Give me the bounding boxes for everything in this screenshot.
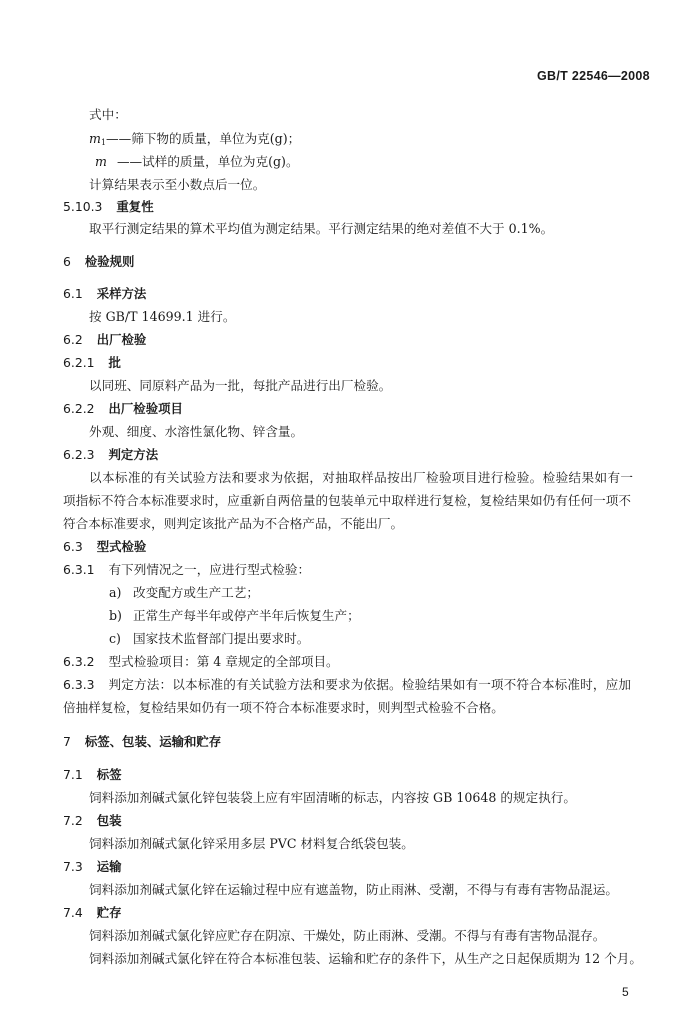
formula-legend-item: m——试样的质量，单位为克(g)。: [95, 153, 299, 171]
section-body-6-2-3-line: 项指标不符合本标准要求时，应重新自两倍量的包装单元中取样进行复检，复检结果如仍有…: [63, 492, 631, 510]
standard-number: GB/T 22546—2008: [537, 69, 650, 83]
section-heading-6-1: 6.1采样方法: [63, 285, 146, 303]
precision-note: 计算结果表示至小数点后一位。: [89, 176, 265, 194]
section-6-3-1: 6.3.1有下列情况之一，应进行型式检验：: [63, 561, 310, 579]
section-heading-6-2-3: 6.2.3判定方法: [63, 446, 158, 464]
section-text: 有下列情况之一，应进行型式检验：: [109, 562, 311, 577]
chapter-heading-6: 6检验规则: [63, 253, 134, 271]
section-text: 型式检验项目：第 4 章规定的全部项目。: [109, 654, 339, 669]
section-body-5-10-3: 取平行测定结果的算术平均值为测定结果。平行测定结果的绝对差值不大于 0.1%。: [89, 220, 553, 238]
section-body-7-1: 饲料添加剂碱式氯化锌包装袋上应有牢固清晰的标志，内容按 GB 10648 的规定…: [89, 789, 576, 807]
section-number: 6.3.3: [63, 676, 95, 694]
legend-dash: ——: [106, 131, 131, 146]
section-number: 6.3.2: [63, 654, 95, 669]
section-body-7-3: 饲料添加剂碱式氯化锌在运输过程中应有遮盖物，防止雨淋、受潮，不得与有毒有害物品混…: [89, 881, 618, 899]
list-text: 国家技术监督部门提出要求时。: [133, 631, 309, 646]
section-body-6-2-2: 外观、细度、水溶性氯化物、锌含量。: [89, 423, 303, 441]
list-item: a)改变配方或生产工艺；: [109, 584, 259, 602]
section-6-3-3: 6.3.3判定方法：以本标准的有关试验方法和要求为依据。检验结果如有一项不符合本…: [63, 676, 631, 694]
section-6-3-3-continuation: 倍抽样复检，复检结果如仍有一项不符合本标准要求时，则判型式检验不合格。: [63, 699, 504, 717]
section-number: 6.3.1: [63, 562, 95, 577]
variable-symbol: m: [89, 131, 101, 146]
formula-intro: 式中：: [89, 106, 127, 124]
section-body-6-2-3-line: 符合本标准要求，则判定该批产品为不合格产品，不能出厂。: [63, 515, 403, 533]
legend-text: 试样的质量，单位为克(g)。: [142, 154, 298, 169]
section-6-3-2: 6.3.2型式检验项目：第 4 章规定的全部项目。: [63, 653, 339, 671]
list-marker: c): [109, 630, 133, 648]
formula-legend-item: m1——筛下物的质量，单位为克(g)；: [89, 130, 300, 152]
page-number: 5: [622, 985, 629, 999]
legend-dash: ——: [117, 154, 142, 169]
section-heading-6-2: 6.2出厂检验: [63, 331, 146, 349]
list-marker: b): [109, 607, 133, 625]
section-heading-7-4: 7.4贮存: [63, 904, 122, 922]
section-body-6-2-1: 以同班、同原料产品为一批，每批产品进行出厂检验。: [89, 377, 391, 395]
section-text: 判定方法：以本标准的有关试验方法和要求为依据。检验结果如有一项不符合本标准时，应…: [109, 676, 631, 694]
section-body-6-2-3-line: 以本标准的有关试验方法和要求为依据，对抽取样品按出厂检验项目进行检验。检验结果如…: [89, 469, 633, 487]
section-heading-7-2: 7.2包装: [63, 812, 122, 830]
legend-text: 筛下物的质量，单位为克(g)；: [131, 131, 300, 146]
list-text: 改变配方或生产工艺；: [133, 585, 259, 600]
section-heading-6-2-1: 6.2.1批: [63, 354, 121, 372]
list-item: c)国家技术监督部门提出要求时。: [109, 630, 309, 648]
section-body-7-4-line: 饲料添加剂碱式氯化锌应贮存在阴凉、干燥处，防止雨淋、受潮。不得与有毒有害物品混存…: [89, 927, 605, 945]
list-item: b)正常生产每半年或停产半年后恢复生产；: [109, 607, 360, 625]
section-heading-7-1: 7.1标签: [63, 766, 122, 784]
section-body-7-4-line: 饲料添加剂碱式氯化锌在符合本标准包装、运输和贮存的条件下，从生产之日起保质期为 …: [89, 950, 642, 968]
list-text: 正常生产每半年或停产半年后恢复生产；: [133, 608, 360, 623]
list-marker: a): [109, 584, 133, 602]
section-heading-7-3: 7.3运输: [63, 858, 122, 876]
section-heading-6-2-2: 6.2.2出厂检验项目: [63, 400, 183, 418]
chapter-heading-7: 7标签、包装、运输和贮存: [63, 733, 221, 751]
section-heading-6-3: 6.3型式检验: [63, 538, 146, 556]
section-body-6-1: 按 GB/T 14699.1 进行。: [89, 308, 235, 326]
variable-symbol: m: [95, 154, 107, 169]
section-body-7-2: 饲料添加剂碱式氯化锌采用多层 PVC 材料复合纸袋包装。: [89, 835, 414, 853]
section-heading-5-10-3: 5.10.3重复性: [63, 198, 154, 216]
